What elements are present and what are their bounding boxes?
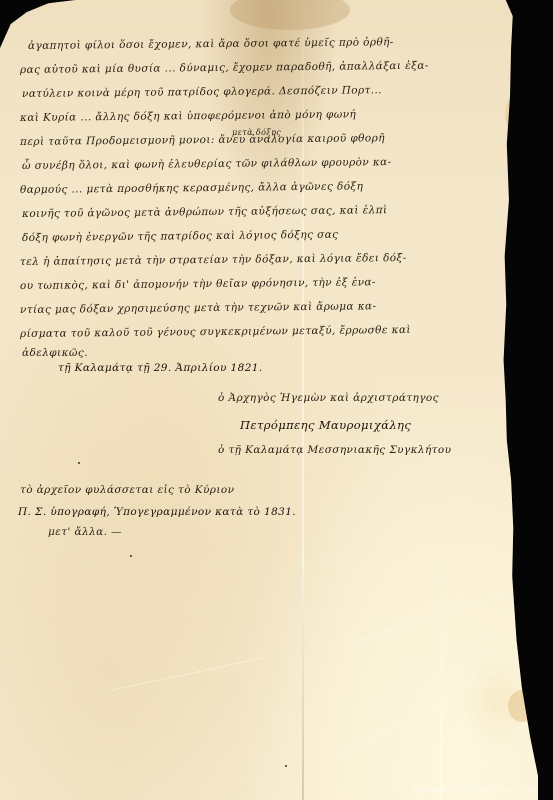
certification-line: Π. Σ. ὑπογραφή, Ὑπογεγραμμένον κατὰ τὸ 1… (18, 506, 296, 518)
certification-line: τὸ ἀρχεῖον φυλάσσεται εἰς τὸ Κύριον (20, 484, 234, 496)
signature-name: Πετρόμπεης Μαυρομιχάλης (240, 418, 411, 432)
body-line: ρας αὐτοῦ καὶ μία θυσία ... δύναμις, ἔχο… (20, 60, 429, 76)
body-line: ου τωπικὸς, καὶ δι' ἀπομονήν τὴν θεῖαν φ… (20, 276, 376, 292)
signature-place: ὁ τῇ Καλαμάτᾳ Μεσσηνιακῆς Συγκλήτου (218, 444, 451, 456)
body-line: ἀγαπητοὶ φίλοι ὅσοι ἔχομεν, καὶ ἄρα ὅσοι… (28, 36, 394, 52)
archive-watermark: kolokotronis-archive.gr (414, 785, 535, 796)
letter-text: ἀγαπητοὶ φίλοι ὅσοι ἔχομεν, καὶ ἄρα ὅσοι… (0, 0, 538, 800)
date-line: τῇ Καλαμάτᾳ τῇ 29. Ἀπριλίου 1821. (58, 362, 263, 374)
body-line: θαρμούς ... μετὰ προσθήκης κερασμένης, ἄ… (20, 180, 363, 196)
body-line: περὶ ταῦτα Προδομεισμονῆ μονοι: ἄνευ ἀνα… (20, 132, 385, 148)
certification-line: μετ' ἄλλα. — (48, 526, 122, 538)
body-line: τελ ἡ ἀπαίτησις μετὰ τὴν στρατείαν τὴν δ… (20, 252, 407, 268)
document-viewer: ἀγαπητοὶ φίλοι ὅσοι ἔχομεν, καὶ ἄρα ὅσοι… (0, 0, 553, 800)
body-line: δόξη φωνὴ ἐνεργῶν τῆς πατρίδος καὶ λόγιο… (22, 229, 339, 244)
body-line: νατύλειν κοινὰ μέρη τοῦ πατρίδος φλογερά… (22, 84, 382, 100)
signature-title: ὁ Ἀρχηγὸς Ἡγεμὼν καὶ ἀρχιστράτηγος (218, 392, 439, 404)
body-line: καὶ Κυρία ... ἄλλης δόξη καὶ ὑποφερόμενο… (20, 108, 356, 124)
body-line: ὦ συνέβη ὅλοι, καὶ φωνὴ ἐλευθερίας τῶν φ… (22, 156, 392, 172)
body-line: κοινῆς τοῦ ἀγῶνος μετὰ ἀνθρώπων τῆς αὐξή… (22, 204, 388, 220)
body-line: ρίσματα τοῦ καλοῦ τοῦ γένους συγκεκριμέν… (20, 324, 411, 340)
body-line: ἀδελφικῶς. (22, 347, 88, 359)
body-line: ντίας μας δόξαν χρησιμεύσης μετὰ τὴν τεχ… (20, 300, 377, 316)
